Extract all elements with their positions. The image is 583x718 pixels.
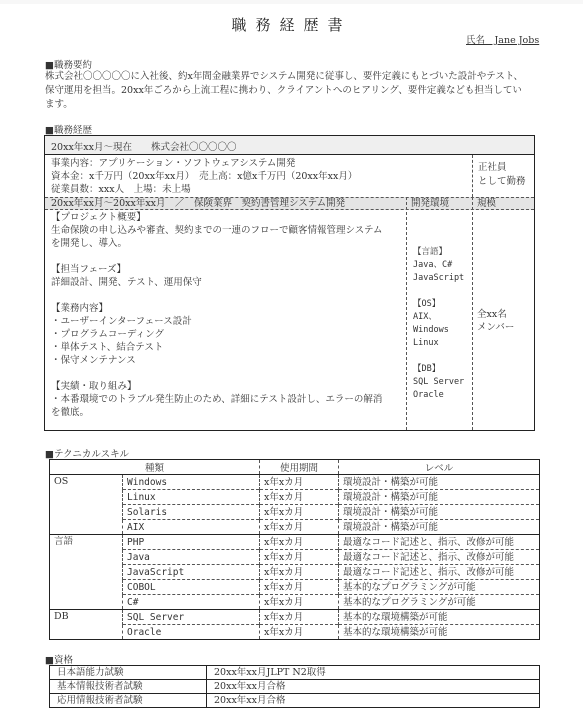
env-line: Windows bbox=[413, 324, 475, 337]
career-table: 20xx年xx月～現在 株式会社〇〇〇〇〇 事業内容：アプリケーション・ソフトウ… bbox=[44, 135, 535, 431]
skill-item: SQL Server bbox=[123, 610, 260, 625]
summary-line: 株式会社〇〇〇〇〇に入社後、約x年間金融業界でシステム開発に従事し、要件定義にも… bbox=[45, 70, 537, 84]
skill-item: COBOL bbox=[123, 580, 260, 595]
table-row: Solaris x年xカ月 環境設計・構築が可能 bbox=[50, 505, 540, 520]
skill-level: 基本的なプログラミングが可能 bbox=[339, 595, 540, 610]
skill-item: AIX bbox=[123, 520, 260, 535]
project-line: 【担当フェーズ】 bbox=[51, 263, 400, 276]
skill-period: x年xカ月 bbox=[260, 475, 339, 490]
column-divider bbox=[406, 197, 407, 430]
table-row: 言語 PHP x年xカ月 最適なコード記述と、指示、改修が可能 bbox=[50, 535, 540, 550]
skill-period: x年xカ月 bbox=[260, 625, 339, 640]
qualification-name: 基本情報技術者試験 bbox=[50, 680, 207, 694]
qualification-detail: 20xx年xx月合格 bbox=[207, 680, 540, 694]
skills-heading: ■テクニカルスキル bbox=[45, 446, 129, 460]
page-top-strip bbox=[0, 0, 583, 4]
skill-period: x年xカ月 bbox=[260, 520, 339, 535]
project-line: ・単体テスト、結合テスト bbox=[51, 341, 400, 354]
scale-line: メンバー bbox=[477, 321, 535, 334]
table-row: OS Windows x年xカ月 環境設計・構築が可能 bbox=[50, 475, 540, 490]
skill-item: Oracle bbox=[123, 625, 260, 640]
table-row: 基本情報技術者試験 20xx年xx月合格 bbox=[50, 680, 540, 694]
env-line: Java、C# bbox=[413, 259, 475, 272]
business-info: 事業内容：アプリケーション・ソフトウェアシステム開発 資本金：x千万円（20xx… bbox=[45, 155, 472, 197]
table-row: C# x年xカ月 基本的なプログラミングが可能 bbox=[50, 595, 540, 610]
skill-period: x年xカ月 bbox=[260, 490, 339, 505]
project-line: 生命保険の申し込みや審査、契約までの一連のフローで顧客情報管理システム bbox=[51, 224, 400, 237]
skill-level: 最適なコード記述と、指示、改修が可能 bbox=[339, 550, 540, 565]
employment-type: 正社員 として勤務 bbox=[472, 155, 534, 197]
env-line: 【言語】 bbox=[413, 246, 475, 259]
skill-item: PHP bbox=[123, 535, 260, 550]
project-line: 【業務内容】 bbox=[51, 302, 400, 315]
spacer bbox=[51, 289, 400, 302]
skill-category: DB bbox=[50, 610, 123, 640]
skill-period: x年xカ月 bbox=[260, 580, 339, 595]
qualifications-heading: ■資格 bbox=[45, 652, 73, 666]
applicant-name: 氏名 Jane Jobs bbox=[466, 32, 539, 46]
scale-header: 規模 bbox=[477, 198, 496, 209]
skill-level: 基本的な環境構築が可能 bbox=[339, 610, 540, 625]
table-row: 日本語能力試験 20xx年xx月JLPT N2取得 bbox=[50, 666, 540, 680]
skill-period: x年xカ月 bbox=[260, 610, 339, 625]
col-level: レベル bbox=[339, 460, 540, 475]
skill-item: Windows bbox=[123, 475, 260, 490]
skill-level: 最適なコード記述と、指示、改修が可能 bbox=[339, 535, 540, 550]
col-period: 使用期間 bbox=[260, 460, 339, 475]
skill-level: 基本的な環境構築が可能 bbox=[339, 625, 540, 640]
skill-level: 環境設計・構築が可能 bbox=[339, 475, 540, 490]
qualification-detail: 20xx年xx月JLPT N2取得 bbox=[207, 666, 540, 680]
spacer bbox=[51, 367, 400, 380]
qualification-name: 応用情報技術者試験 bbox=[50, 694, 207, 708]
skill-item: Linux bbox=[123, 490, 260, 505]
business-line: 資本金：x千万円（20xx年xx月） 売上高：x億x千万円（20xx年xx月） bbox=[51, 170, 466, 183]
skill-level: 環境設計・構築が可能 bbox=[339, 505, 540, 520]
skills-table: 種類 使用期間 レベル OS Windows x年xカ月 環境設計・構築が可能 … bbox=[49, 459, 540, 640]
project-line: ・プログラムコーディング bbox=[51, 328, 400, 341]
env-header: 開発環境 bbox=[411, 198, 449, 209]
table-row: 応用情報技術者試験 20xx年xx月合格 bbox=[50, 694, 540, 708]
env-line: 【DB】 bbox=[413, 363, 475, 376]
employment-line: として勤務 bbox=[478, 175, 529, 189]
project-line: ・本番環境でのトラブル発生防止のため、詳細にテスト設計し、エラーの解消 bbox=[51, 393, 400, 406]
summary-heading: ■職務要約 bbox=[45, 57, 92, 71]
env-line: SQL Server bbox=[413, 376, 475, 389]
summary-text: 株式会社〇〇〇〇〇に入社後、約x年間金融業界でシステム開発に従事し、要件定義にも… bbox=[45, 70, 537, 112]
skill-period: x年xカ月 bbox=[260, 535, 339, 550]
career-heading: ■職務経歴 bbox=[45, 122, 92, 136]
project-line: を開発し、導入。 bbox=[51, 237, 400, 250]
skill-category: OS bbox=[50, 475, 123, 535]
env-line: JavaScript bbox=[413, 272, 475, 285]
skill-level: 最適なコード記述と、指示、改修が可能 bbox=[339, 565, 540, 580]
dev-environment: 【言語】 Java、C# JavaScript 【OS】 AIX、 Window… bbox=[409, 246, 479, 402]
skill-level: 環境設計・構築が可能 bbox=[339, 520, 540, 535]
spacer bbox=[413, 285, 475, 298]
spacer bbox=[51, 250, 400, 263]
skill-category: 言語 bbox=[50, 535, 123, 610]
skill-item: C# bbox=[123, 595, 260, 610]
table-row: AIX x年xカ月 環境設計・構築が可能 bbox=[50, 520, 540, 535]
spacer bbox=[413, 350, 475, 363]
project-description: 【プロジェクト概要】 生命保険の申し込みや審査、契約までの一連のフローで顧客情報… bbox=[45, 210, 406, 420]
env-line: 【OS】 bbox=[413, 298, 475, 311]
project-line: を徹底。 bbox=[51, 406, 400, 419]
table-row: Java x年xカ月 最適なコード記述と、指示、改修が可能 bbox=[50, 550, 540, 565]
skill-period: x年xカ月 bbox=[260, 550, 339, 565]
skill-period: x年xカ月 bbox=[260, 595, 339, 610]
project-line: 【実績・取り組み】 bbox=[51, 380, 400, 393]
env-line: AIX、 bbox=[413, 311, 475, 324]
skill-period: x年xカ月 bbox=[260, 565, 339, 580]
skills-header-row: 種類 使用期間 レベル bbox=[50, 460, 540, 475]
col-type: 種類 bbox=[50, 460, 260, 475]
env-line: Oracle bbox=[413, 389, 475, 402]
table-row: DB SQL Server x年xカ月 基本的な環境構築が可能 bbox=[50, 610, 540, 625]
project-header-row: 20xx年xx月～20xx年xx月 ／ 保険業界 契約書管理システム開発 開発環… bbox=[45, 197, 534, 210]
skill-item: JavaScript bbox=[123, 565, 260, 580]
project-period-title: 20xx年xx月～20xx年xx月 ／ 保険業界 契約書管理システム開発 bbox=[51, 198, 345, 209]
team-scale: 全xx名 メンバー bbox=[477, 308, 535, 334]
project-line: 【プロジェクト概要】 bbox=[51, 211, 400, 224]
summary-line: 保守運用を担当。20xx年ごろから上流工程に携わり、クライアントへのヒアリング、… bbox=[45, 84, 537, 98]
table-row: JavaScript x年xカ月 最適なコード記述と、指示、改修が可能 bbox=[50, 565, 540, 580]
qualifications-table: 日本語能力試験 20xx年xx月JLPT N2取得 基本情報技術者試験 20xx… bbox=[49, 665, 540, 708]
table-row: Oracle x年xカ月 基本的な環境構築が可能 bbox=[50, 625, 540, 640]
qualification-detail: 20xx年xx月合格 bbox=[207, 694, 540, 708]
skill-level: 環境設計・構築が可能 bbox=[339, 490, 540, 505]
project-line: 詳細設計、開発、テスト、運用保守 bbox=[51, 276, 400, 289]
project-line: ・ユーザーインターフェース設計 bbox=[51, 315, 400, 328]
employment-line: 正社員 bbox=[478, 161, 529, 175]
summary-line: ます。 bbox=[45, 98, 537, 112]
table-row: Linux x年xカ月 環境設計・構築が可能 bbox=[50, 490, 540, 505]
table-row: COBOL x年xカ月 基本的なプログラミングが可能 bbox=[50, 580, 540, 595]
skill-level: 基本的なプログラミングが可能 bbox=[339, 580, 540, 595]
skill-period: x年xカ月 bbox=[260, 505, 339, 520]
company-row: 20xx年xx月～現在 株式会社〇〇〇〇〇 bbox=[45, 136, 534, 155]
scale-line: 全xx名 bbox=[477, 308, 535, 321]
business-line: 事業内容：アプリケーション・ソフトウェアシステム開発 bbox=[51, 157, 466, 170]
skill-item: Java bbox=[123, 550, 260, 565]
skill-item: Solaris bbox=[123, 505, 260, 520]
env-line: Linux bbox=[413, 337, 475, 350]
project-line: ・保守メンテナンス bbox=[51, 354, 400, 367]
qualification-name: 日本語能力試験 bbox=[50, 666, 207, 680]
business-line: 従業員数：xxx人 上場：未上場 bbox=[51, 183, 466, 196]
